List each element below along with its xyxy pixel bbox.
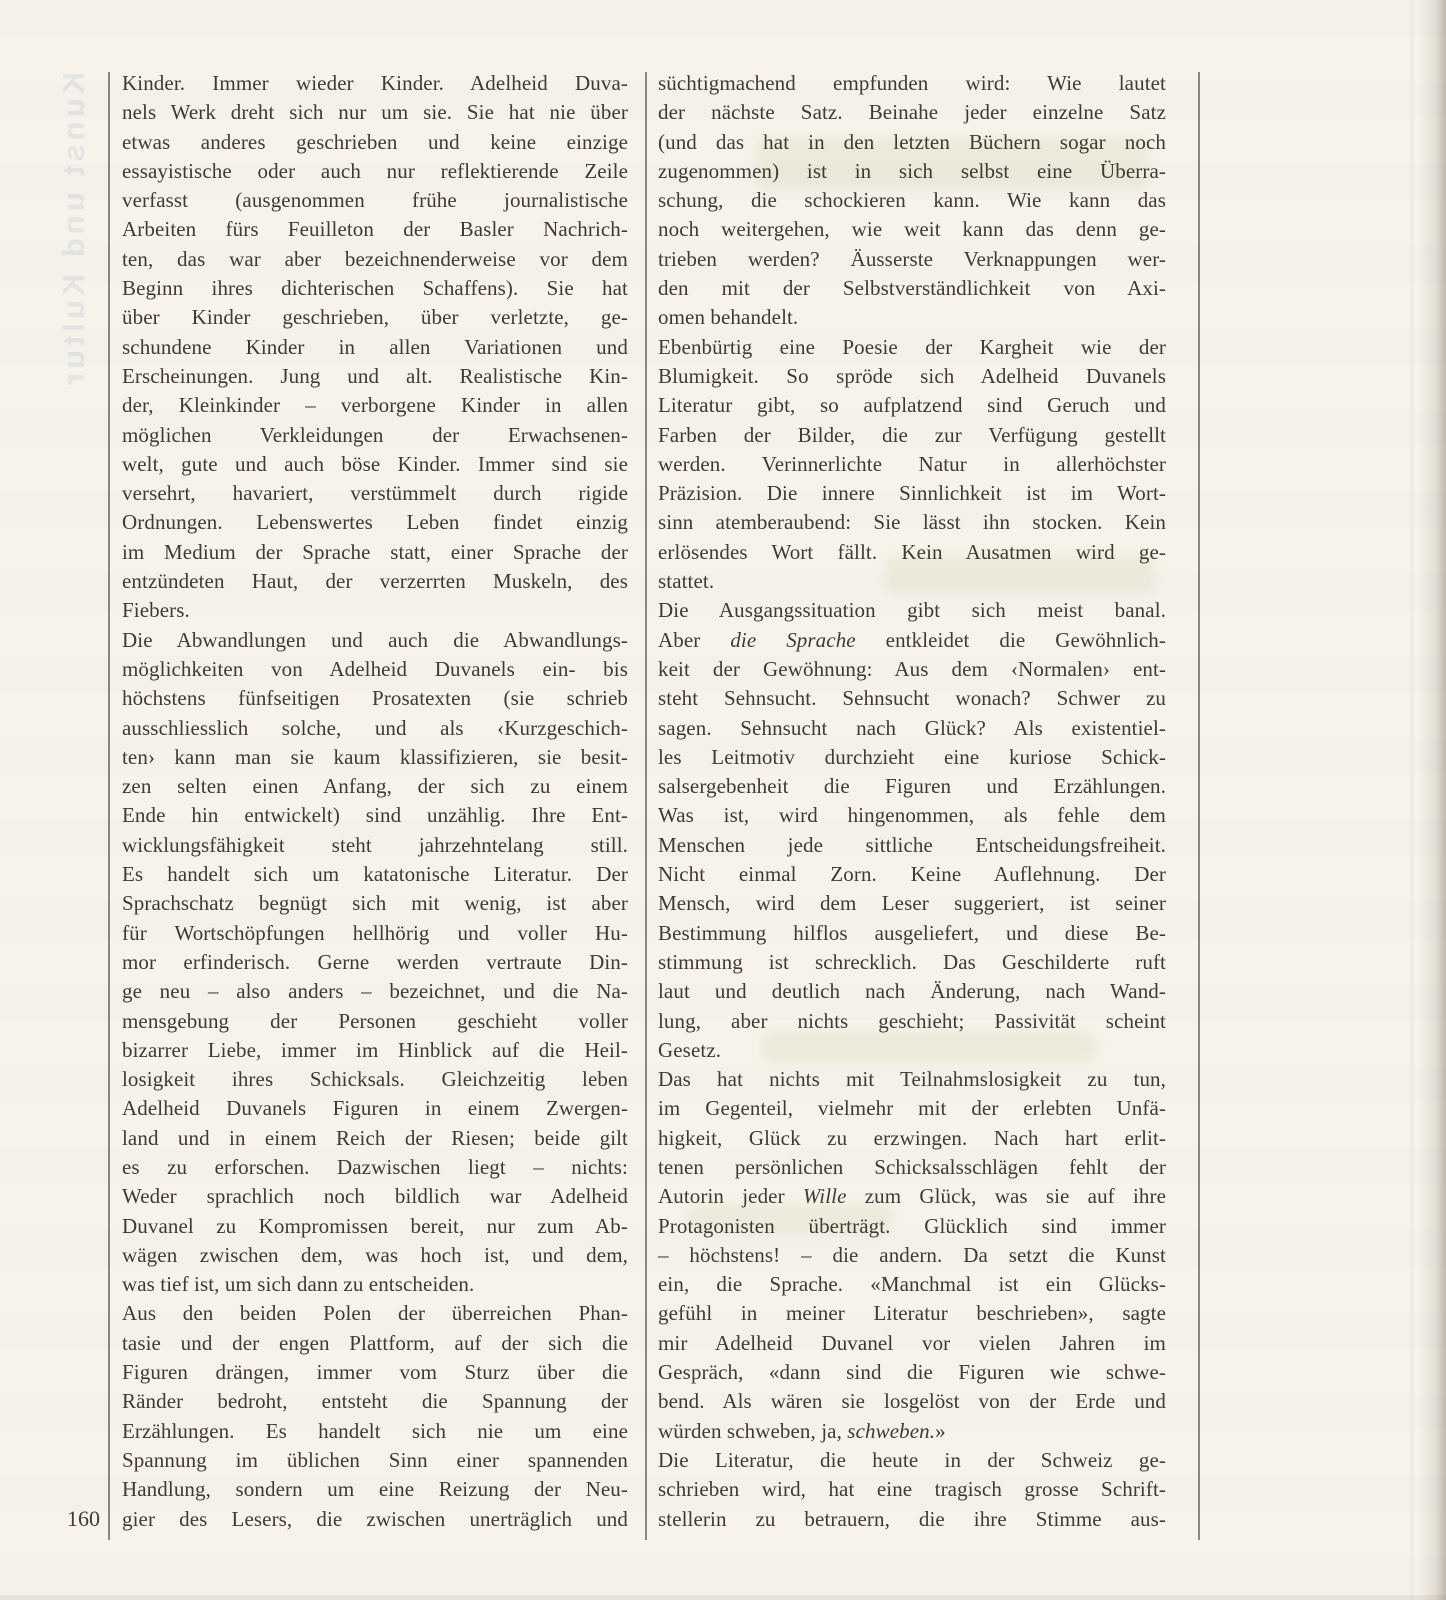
text-line: der, Kleinkinder – verborgene Kinder in … [122, 391, 628, 420]
text-line: bend. Als wären sie losgelöst von der Er… [658, 1387, 1166, 1416]
text-line: bizarrer Liebe, immer im Hinblick auf di… [122, 1036, 628, 1065]
page-crease [1410, 0, 1414, 1600]
text-line: Das hat nichts mit Teilnahmslosigkeit zu… [658, 1065, 1166, 1094]
text-line: zen selten einen Anfang, der sich zu ein… [122, 772, 628, 801]
text-line: Was ist, wird hingenommen, als fehle dem [658, 801, 1166, 830]
text-line: schrieben wird, hat eine tragisch grosse… [658, 1475, 1166, 1504]
text-line: laut und deutlich nach Änderung, nach Wa… [658, 977, 1166, 1006]
text-line: mensgebung der Personen geschieht voller [122, 1007, 628, 1036]
text-line: verfasst (ausgenommen frühe journalistis… [122, 186, 628, 215]
text-line: für Wortschöpfungen hellhörig und voller… [122, 919, 628, 948]
text-line: würden schweben, ja, schweben.» [658, 1417, 1166, 1446]
text-line: Ränder bedroht, entsteht die Spannung de… [122, 1387, 628, 1416]
text-line: Spannung im üblichen Sinn einer spannend… [122, 1446, 628, 1475]
text-line: mor erfinderisch. Gerne werden vertraute… [122, 948, 628, 977]
text-line: Adelheid Duvanels Figuren in einem Zwerg… [122, 1094, 628, 1123]
scanned-book-page: Kunst und Kultur Kinder. Immer wieder Ki… [0, 0, 1446, 1600]
text-line: Blumigkeit. So spröde sich Adelheid Duva… [658, 362, 1166, 391]
text-line: Die Abwandlungen und auch die Abwandlung… [122, 626, 628, 655]
text-line: Präzision. Die innere Sinnlichkeit ist i… [658, 479, 1166, 508]
text-line: tenen persönlichen Schicksalsschlägen fe… [658, 1153, 1166, 1182]
text-line: Gespräch, «dann sind die Figuren wie sch… [658, 1358, 1166, 1387]
text-line: im Gegenteil, vielmehr mit der erlebten … [658, 1094, 1166, 1123]
text-line: entzündeten Haut, der verzerrten Muskeln… [122, 567, 628, 596]
text-line: versehrt, havariert, verstümmelt durch r… [122, 479, 628, 508]
text-line: welt, gute und auch böse Kinder. Immer s… [122, 450, 628, 479]
page-edge-shadow [1418, 0, 1446, 1600]
text-line: Erscheinungen. Jung und alt. Realistisch… [122, 362, 628, 391]
text-line: land und in einem Reich der Riesen; beid… [122, 1124, 628, 1153]
text-line: trieben werden? Äusserste Verknappungen … [658, 245, 1166, 274]
page-bottom-shadow [0, 1595, 1446, 1600]
text-line: nels Werk dreht sich nur um sie. Sie hat… [122, 98, 628, 127]
text-line: Duvanel zu Kompromissen bereit, nur zum … [122, 1212, 628, 1241]
text-line: losigkeit ihres Schicksals. Gleichzeitig… [122, 1065, 628, 1094]
text-line: stimmung ist schrecklich. Das Geschilder… [658, 948, 1166, 977]
right-column-rule [1198, 72, 1200, 1540]
text-line: Arbeiten fürs Feuilleton der Basler Nach… [122, 215, 628, 244]
page-number: 160 [34, 1506, 100, 1532]
text-line: keit der Gewöhnung: Aus dem ‹Normalen› e… [658, 655, 1166, 684]
text-line: Figuren drängen, immer vom Sturz über di… [122, 1358, 628, 1387]
text-line: Handlung, sondern um eine Reizung der Ne… [122, 1475, 628, 1504]
text-line: Autorin jeder Wille zum Glück, was sie a… [658, 1182, 1166, 1211]
text-line: Ende hin entwickelt) sind unzählig. Ihre… [122, 801, 628, 830]
text-line: wicklungsfähigkeit steht jahrzehntelang … [122, 831, 628, 860]
text-line: Gesetz. [658, 1036, 1166, 1065]
left-text-column: Kinder. Immer wieder Kinder. Adelheid Du… [122, 69, 628, 1534]
text-line: über Kinder geschrieben, über verletzte,… [122, 303, 628, 332]
text-line: lung, aber nichts geschieht; Passivität … [658, 1007, 1166, 1036]
text-line: zugenommen) ist in sich selbst eine Über… [658, 157, 1166, 186]
text-line: (und das hat in den letzten Büchern soga… [658, 128, 1166, 157]
text-line: stellerin zu betrauern, die ihre Stimme … [658, 1505, 1166, 1534]
text-line: higkeit, Glück zu erzwingen. Nach hart e… [658, 1124, 1166, 1153]
text-line: wägen zwischen dem, was hoch ist, und de… [122, 1241, 628, 1270]
margin-bleedthrough-text: Kunst und Kultur [56, 72, 92, 402]
right-text-column: süchtigmachend empfunden wird: Wie laute… [658, 69, 1166, 1534]
text-line: ge neu – also anders – bezeichnet, und d… [122, 977, 628, 1006]
text-line: Ebenbürtig eine Poesie der Kargheit wie … [658, 333, 1166, 362]
text-line: noch weitergehen, wie weit kann das denn… [658, 215, 1166, 244]
text-line: Farben der Bilder, die zur Verfügung ges… [658, 421, 1166, 450]
text-line: Protagonisten überträgt. Glücklich sind … [658, 1212, 1166, 1241]
text-line: stattet. [658, 567, 1166, 596]
text-line: möglichen Verkleidungen der Erwachsenen- [122, 421, 628, 450]
text-line: Beginn ihres dichterischen Schaffens). S… [122, 274, 628, 303]
text-line: ten, das war aber bezeichnenderweise vor… [122, 245, 628, 274]
text-line: es zu erforschen. Dazwischen liegt – nic… [122, 1153, 628, 1182]
text-line: steht Sehnsucht. Sehnsucht wonach? Schwe… [658, 684, 1166, 713]
text-line: Ordnungen. Lebenswertes Leben findet ein… [122, 508, 628, 537]
text-line: Weder sprachlich noch bildlich war Adelh… [122, 1182, 628, 1211]
text-line: höchstens fünfseitigen Prosatexten (sie … [122, 684, 628, 713]
text-line: omen behandelt. [658, 303, 1166, 332]
text-line: tasie und der engen Plattform, auf der s… [122, 1329, 628, 1358]
text-line: was tief ist, um sich dann zu entscheide… [122, 1270, 628, 1299]
left-column-rule [108, 72, 110, 1540]
text-line: möglichkeiten von Adelheid Duvanels ein-… [122, 655, 628, 684]
text-line: gefühl in meiner Literatur beschrieben»,… [658, 1299, 1166, 1328]
text-line: erlösendes Wort fällt. Kein Ausatmen wir… [658, 538, 1166, 567]
text-line: Aber die Sprache entkleidet die Gewöhnli… [658, 626, 1166, 655]
text-line: – höchstens! – die andern. Da setzt die … [658, 1241, 1166, 1270]
text-line: Mensch, wird dem Leser suggeriert, ist s… [658, 889, 1166, 918]
text-line: mir Adelheid Duvanel vor vielen Jahren i… [658, 1329, 1166, 1358]
text-line: ein, die Sprache. «Manchmal ist ein Glüc… [658, 1270, 1166, 1299]
text-line: sinn atemberaubend: Sie lässt ihn stocke… [658, 508, 1166, 537]
text-line: Nicht einmal Zorn. Keine Auflehnung. Der [658, 860, 1166, 889]
text-line: Kinder. Immer wieder Kinder. Adelheid Du… [122, 69, 628, 98]
text-line: im Medium der Sprache statt, einer Sprac… [122, 538, 628, 567]
text-line: essayistische oder auch nur reflektieren… [122, 157, 628, 186]
column-divider-rule [645, 72, 647, 1540]
text-line: schundene Kinder in allen Variationen un… [122, 333, 628, 362]
text-line: werden. Verinnerlichte Natur in allerhöc… [658, 450, 1166, 479]
text-line: Die Literatur, die heute in der Schweiz … [658, 1446, 1166, 1475]
text-line: den mit der Selbstverständlichkeit von A… [658, 274, 1166, 303]
text-line: les Leitmotiv durchzieht eine kuriose Sc… [658, 743, 1166, 772]
text-line: Aus den beiden Polen der überreichen Pha… [122, 1299, 628, 1328]
text-line: salsergebenheit die Figuren und Erzählun… [658, 772, 1166, 801]
text-line: der nächste Satz. Beinahe jeder einzelne… [658, 98, 1166, 127]
text-line: Sprachschatz begnügt sich mit wenig, ist… [122, 889, 628, 918]
text-line: schung, die schockieren kann. Wie kann d… [658, 186, 1166, 215]
text-line: Es handelt sich um katatonische Literatu… [122, 860, 628, 889]
text-line: Bestimmung hilflos ausgeliefert, und die… [658, 919, 1166, 948]
text-line: sagen. Sehnsucht nach Glück? Als existen… [658, 714, 1166, 743]
text-line: Literatur gibt, so aufplatzend sind Geru… [658, 391, 1166, 420]
text-line: Erzählungen. Es handelt sich nie um eine [122, 1417, 628, 1446]
text-line: Die Ausgangssituation gibt sich meist ba… [658, 596, 1166, 625]
text-line: gier des Lesers, die zwischen unerträgli… [122, 1505, 628, 1534]
text-line: etwas anderes geschrieben und keine einz… [122, 128, 628, 157]
text-line: süchtigmachend empfunden wird: Wie laute… [658, 69, 1166, 98]
text-line: ausschliesslich solche, und als ‹Kurzges… [122, 714, 628, 743]
text-line: Fiebers. [122, 596, 628, 625]
text-line: Menschen jede sittliche Entscheidungsfre… [658, 831, 1166, 860]
text-line: ten› kann man sie kaum klassifizieren, s… [122, 743, 628, 772]
